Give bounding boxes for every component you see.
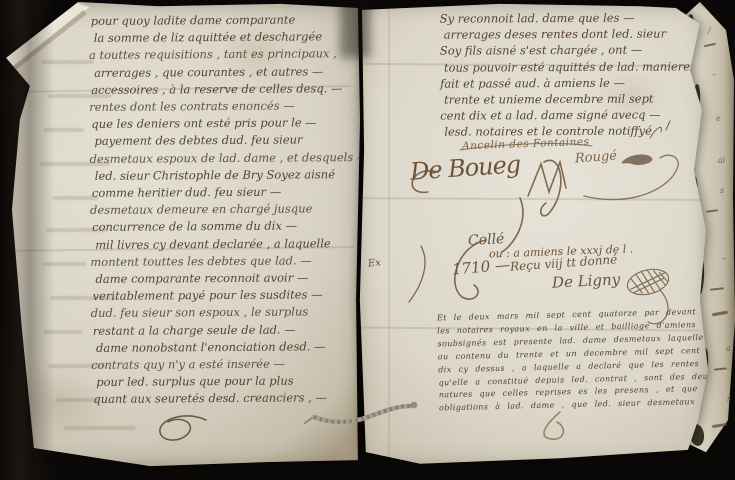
manuscript-line: que les deniers ont esté pris pour le — (91, 114, 361, 133)
edge-ink-mark: e (716, 114, 721, 123)
paper-crease (388, 6, 390, 462)
edge-ink-mark: a (726, 344, 731, 353)
signature-deligny: De Ligny (552, 270, 621, 292)
manuscript-line: comme heritier dud. feu sieur — (92, 183, 362, 202)
right-page-text: Sy reconnoit lad. dame que les — arrerag… (440, 9, 703, 140)
margin-mark-ex: Ex (367, 257, 381, 269)
manuscript-line: rentes dont les contrats enoncés — (89, 97, 361, 116)
manuscript-line: desmetaux demeure en chargé jusque (90, 200, 362, 219)
manuscript-line: quant aux seuretés desd. creanciers , — (93, 390, 363, 409)
manuscript-line: veritablement payé pour les susdites — (93, 286, 363, 305)
manuscript-line: trente et unieme decembre mil sept (444, 90, 702, 108)
edge-ink-mark: – (712, 70, 716, 79)
bleedthrough-mark (64, 426, 136, 430)
manuscript-line: contrats quy n'y a esté inserée — (91, 355, 363, 374)
manuscript-line: led. sieur Christophle de Bry Soyez aisn… (95, 166, 362, 185)
bleedthrough-mark (42, 60, 94, 64)
left-page-paper: pour quoy ladite dame comparante la somm… (4, 2, 364, 468)
bleedthrough-mark (44, 330, 82, 334)
left-manuscript-page: pour quoy ladite dame comparante la somm… (4, 2, 364, 468)
edge-ink-mark: s (720, 186, 724, 195)
manuscript-line: montent touttes les debtes que lad. — (90, 252, 362, 271)
manuscript-line: arrerages , que courantes , et autres — (94, 63, 361, 82)
manuscript-line: dud. feu sieur son espoux , le surplus (91, 304, 363, 323)
manuscript-line: tous pouvoir esté aquittés de lad. manie… (444, 58, 702, 76)
manuscript-line: Sy reconnoit lad. dame que les — (440, 9, 702, 27)
registration-note-text: Et le deux mars mil sept cent quatorze p… (437, 306, 719, 416)
manuscript-line: dame nonobstant l'enonciation desd. — (96, 338, 363, 357)
bleedthrough-mark (42, 262, 86, 266)
manuscript-line: concurrence de la somme du dix — (92, 217, 362, 236)
paper-crease (356, 197, 702, 201)
edge-ink-mark: – (722, 254, 726, 263)
manuscript-line: cent dix et a lad. dame signé avecq — (440, 107, 702, 125)
manuscript-line: pour led. surplus que pour la plus (96, 372, 363, 391)
manuscript-line: arrerages deses rentes dont led. sieur (444, 26, 702, 44)
gutter-shadow-top (340, 0, 370, 58)
right-manuscript-page: Sy reconnoit lad. dame que les — arrerag… (356, 2, 708, 468)
manuscript-line: desmetaux espoux de lad. dame , et desqu… (90, 149, 362, 168)
manuscript-line: fait et passé aud. à amiens le — (440, 74, 702, 92)
manuscript-line: accessoires , à la reserve de celles des… (91, 80, 361, 99)
manuscript-line: Soy fils aisné s'est chargée , ont — (440, 42, 702, 60)
manuscript-line: pour quoy ladite dame comparante (91, 11, 361, 30)
manuscript-line: la somme de liz aquittée et deschargée (94, 28, 361, 47)
manuscript-line: a touttes requisitions , tant es princip… (89, 45, 361, 64)
manuscript-scan: / – e ai s – a s pour quoy l (0, 0, 735, 480)
manuscript-line: dame comparante reconnoit avoir — (95, 269, 362, 288)
edge-ink-mark: ai (718, 156, 725, 165)
bleedthrough-mark (44, 128, 84, 132)
folded-corner (4, 2, 92, 68)
left-page-text: pour quoy ladite dame comparante la somm… (91, 11, 364, 409)
right-page-paper: Sy reconnoit lad. dame que les — arrerag… (356, 2, 708, 468)
edge-ink-mark: / (708, 26, 711, 35)
signature-rouge: Rougé (575, 149, 618, 167)
manuscript-line: payement des debtes dud. feu sieur (94, 131, 361, 150)
manuscript-line: mil livres cy devant declarée , a laquel… (95, 235, 362, 254)
edge-ink-mark: s (727, 394, 731, 403)
manuscript-line: restant a la charge seule de lad. — (93, 321, 363, 340)
